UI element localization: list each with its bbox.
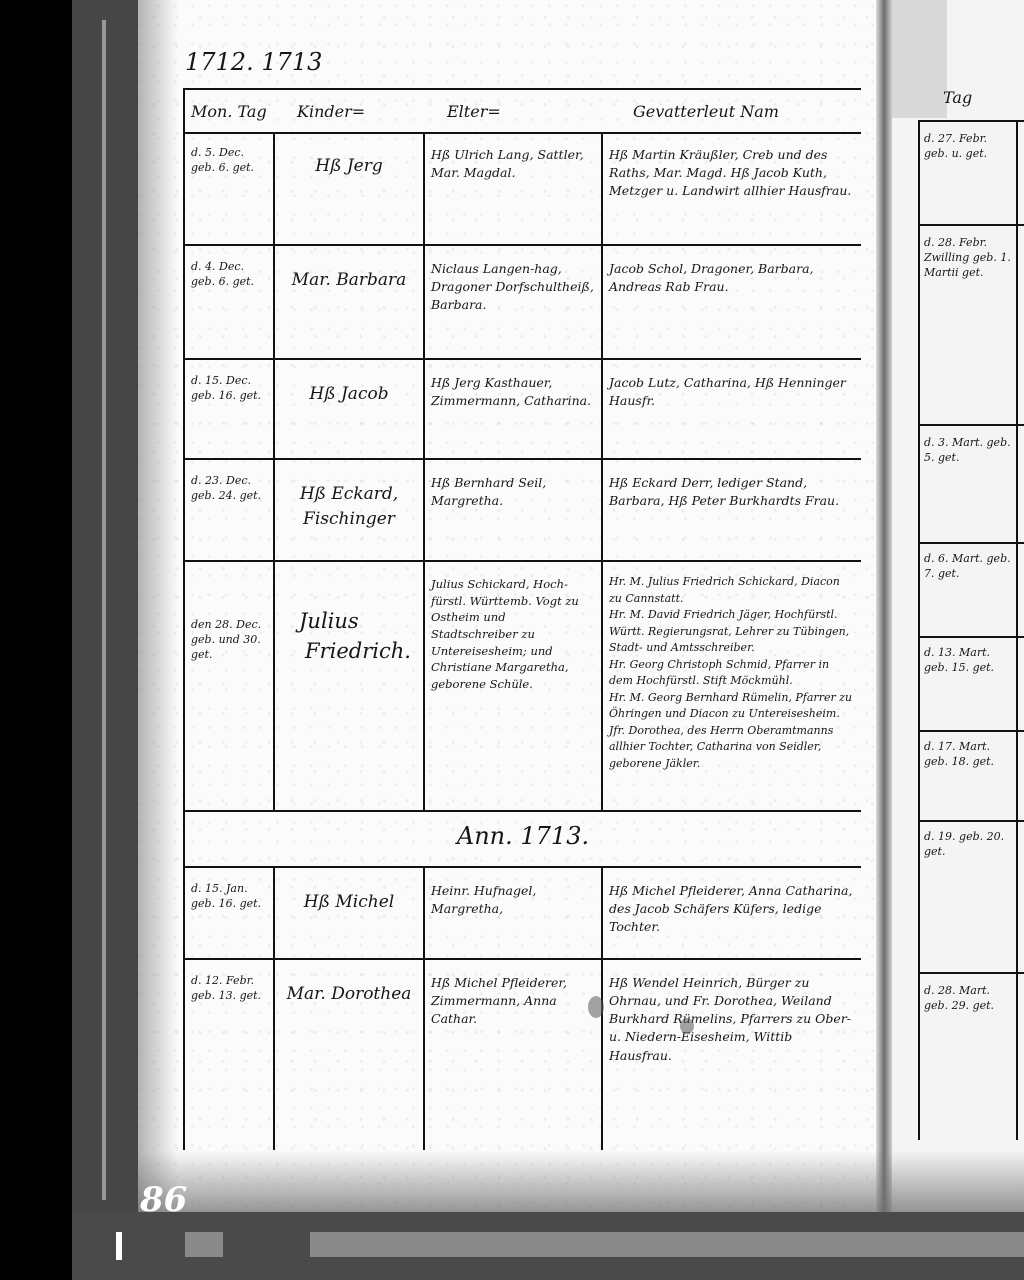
entry-child: Mar. Barbara bbox=[275, 252, 423, 301]
row-divider bbox=[185, 458, 861, 460]
entry-date: den 28. Dec. geb. und 30. get. bbox=[185, 610, 273, 671]
facing-entry-date: d. 19. geb. 20. get. bbox=[924, 830, 1014, 860]
sponsor-line: Hr. M. David Friedrich Jäger, Hochfürstl… bbox=[609, 607, 853, 657]
row-divider bbox=[185, 244, 861, 246]
entry-date: d. 5. Dec. geb. 6. get. bbox=[185, 138, 273, 184]
book-gutter bbox=[72, 0, 142, 1280]
row-divider bbox=[185, 560, 861, 562]
entry-parents: Hß Jerg Kasthauer, Zimmermann, Catharina… bbox=[425, 366, 601, 418]
page-number: 86 bbox=[140, 1180, 187, 1220]
entry-sponsors: Hr. M. Julius Friedrich Schickard, Diaco… bbox=[603, 566, 859, 780]
sponsor-line: Jfr. Dorothea, des Herrn Oberamtmanns al… bbox=[609, 723, 853, 773]
facing-page-table: d. 27. Febr. geb. u. get. d. 28. Febr. Z… bbox=[918, 120, 1024, 1140]
page-bottom-shadow bbox=[138, 1150, 1024, 1215]
entry-date: d. 23. Dec. geb. 24. get. bbox=[185, 466, 273, 512]
entry-date: d. 4. Dec. geb. 6. get. bbox=[185, 252, 273, 298]
entry-sponsors: Hß Eckard Derr, lediger Stand, Barbara, … bbox=[603, 466, 859, 518]
column-divider bbox=[1016, 120, 1018, 1140]
entry-child: Hß Jerg bbox=[275, 138, 423, 187]
scanner-light-strip bbox=[310, 1232, 1024, 1257]
sponsor-line: Hr. M. Julius Friedrich Schickard, Diaco… bbox=[609, 574, 853, 607]
entry-parents: Hß Bernhard Seil, Margretha. bbox=[425, 466, 601, 518]
row-divider bbox=[185, 810, 861, 812]
column-header-date: Mon. Tag bbox=[185, 90, 275, 134]
entry-child: Julius Friedrich. bbox=[275, 590, 423, 675]
page-edge-highlight bbox=[102, 20, 106, 1200]
page-shadow bbox=[138, 0, 178, 1215]
column-header-sponsors: Gevatterleut Nam bbox=[603, 90, 861, 134]
sponsor-line: Hr. Georg Christoph Schmid, Pfarrer in d… bbox=[609, 657, 853, 690]
row-divider bbox=[920, 542, 1024, 544]
entry-sponsors: Hß Michel Pfleiderer, Anna Catharina, de… bbox=[603, 874, 859, 944]
facing-entry-date: d. 13. Mart. geb. 15. get. bbox=[924, 646, 1014, 676]
entry-child: Hß Jacob bbox=[275, 366, 423, 415]
year-section-heading: Ann. 1713. bbox=[185, 822, 861, 850]
entry-date: d. 15. Dec. geb. 16. get. bbox=[185, 366, 273, 412]
entry-sponsors: Jacob Schol, Dragoner, Barbara, Andreas … bbox=[603, 252, 859, 304]
scan-border-left bbox=[0, 0, 72, 1280]
entry-parents: Hß Ulrich Lang, Sattler, Mar. Magdal. bbox=[425, 138, 601, 190]
facing-entry-date: d. 17. Mart. geb. 18. get. bbox=[924, 740, 1014, 770]
child-second-name: Friedrich. bbox=[299, 636, 417, 666]
entry-sponsors: Jacob Lutz, Catharina, Hß Henninger Haus… bbox=[603, 366, 859, 418]
entry-child: Mar. Dorothea bbox=[275, 966, 423, 1015]
baptism-register-table: Mon. Tag Kinder= Elter= Gevatterleut Nam… bbox=[183, 88, 861, 1150]
row-divider bbox=[920, 730, 1024, 732]
ink-stain bbox=[680, 1018, 694, 1034]
entry-sponsors: Hß Wendel Heinrich, Bürger zu Ohrnau, un… bbox=[603, 966, 859, 1073]
facing-entry-date: d. 28. Mart. geb. 29. get. bbox=[924, 984, 1014, 1014]
row-divider bbox=[920, 224, 1024, 226]
entry-parents: Heinr. Hufnagel, Margretha, bbox=[425, 874, 601, 926]
year-heading: 1712. 1713 bbox=[185, 48, 322, 76]
book-spine bbox=[876, 0, 892, 1215]
facing-entry-date: d. 3. Mart. geb. 5. get. bbox=[924, 436, 1014, 466]
entry-parents: Hß Michel Pfleiderer, Zimmermann, Anna C… bbox=[425, 966, 601, 1036]
facing-entry-date: d. 28. Febr. Zwilling geb. 1. Martii get… bbox=[924, 236, 1014, 281]
row-divider bbox=[185, 958, 861, 960]
row-divider bbox=[920, 820, 1024, 822]
row-divider bbox=[920, 424, 1024, 426]
entry-parents: Julius Schickard, Hoch-fürstl. Württemb.… bbox=[425, 568, 601, 701]
row-divider bbox=[920, 120, 1024, 122]
row-divider bbox=[185, 866, 861, 868]
row-divider bbox=[185, 358, 861, 360]
ink-stain bbox=[588, 996, 604, 1018]
entry-child: Hß Michel bbox=[275, 874, 423, 923]
row-divider bbox=[920, 636, 1024, 638]
facing-entry-date: d. 6. Mart. geb. 7. get. bbox=[924, 552, 1014, 582]
column-header-parents: Elter= bbox=[425, 90, 603, 134]
torn-paper-corner bbox=[892, 0, 947, 118]
column-header-children: Kinder= bbox=[275, 90, 425, 134]
entry-date: d. 15. Jan. geb. 16. get. bbox=[185, 874, 273, 920]
entry-parents: Niclaus Langen-hag, Dragoner Dorfschulth… bbox=[425, 252, 601, 322]
facing-page-header: Tag bbox=[943, 88, 972, 107]
page-edge-mark bbox=[116, 1232, 122, 1260]
sponsor-line: Hr. M. Georg Bernhard Rümelin, Pfarrer z… bbox=[609, 690, 853, 723]
scanner-light-strip bbox=[185, 1232, 223, 1257]
entry-sponsors: Hß Martin Kräußler, Creb und des Raths, … bbox=[603, 138, 859, 208]
entry-date: d. 12. Febr. geb. 13. get. bbox=[185, 966, 273, 1012]
facing-entry-date: d. 27. Febr. geb. u. get. bbox=[924, 132, 1014, 162]
row-divider bbox=[920, 972, 1024, 974]
entry-child: Hß Eckard, Fischinger bbox=[275, 466, 423, 539]
child-first-name: Julius bbox=[299, 606, 417, 636]
